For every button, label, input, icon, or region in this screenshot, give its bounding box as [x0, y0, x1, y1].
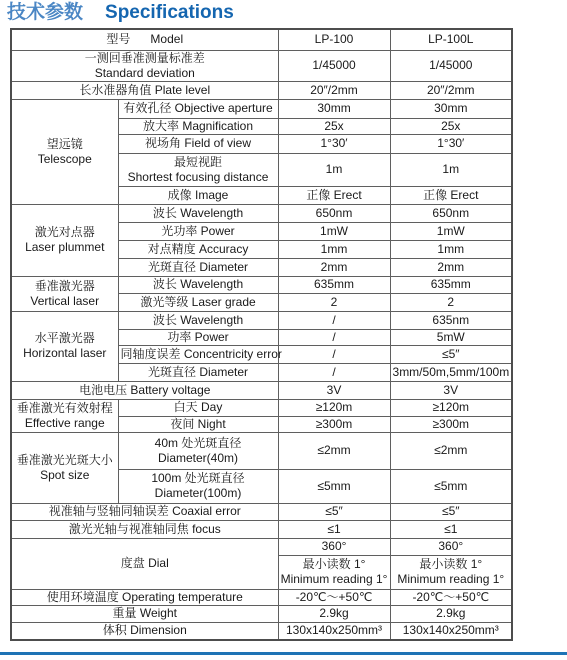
table-row: 一测回垂准测量标准差 Standard deviation 1/45000 1/… — [11, 50, 512, 81]
label-plate-level: 长水准器角值 Plate level — [11, 81, 278, 99]
value-cell: 正像 Erect — [278, 186, 390, 204]
group-telescope: 望远镜 Telescope — [11, 99, 118, 204]
value-cell: / — [278, 329, 390, 345]
group-effective-range-zh: 垂准激光有效射程 — [14, 401, 116, 416]
table-row: 重量 Weight 2.9kg 2.9kg — [11, 605, 512, 622]
value-cell: 650nm — [390, 204, 512, 222]
column-header-lp100: LP-100 — [278, 29, 390, 50]
bottom-blue-divider — [0, 652, 567, 655]
label-spot-40m-en: Diameter(40m) — [121, 451, 276, 466]
group-spot-size-en: Spot size — [14, 468, 116, 483]
value-cell: 5mW — [390, 329, 512, 345]
value-cell: / — [278, 311, 390, 329]
value-cell: ≤5mm — [278, 469, 390, 503]
label-spot-40m: 40m 处光斑直径 Diameter(40m) — [118, 432, 278, 469]
group-horizontal-laser-en: Horizontal laser — [14, 346, 116, 361]
label-hl-power: 功率 Power — [118, 329, 278, 345]
value-cell: -20℃～+50℃ — [390, 589, 512, 605]
page-title-en: Specifications — [105, 1, 234, 25]
label-weight: 重量 Weight — [11, 605, 278, 622]
value-cell: 130x140x250mm³ — [278, 622, 390, 640]
value-cell: 635nm — [390, 311, 512, 329]
label-shortest-focusing-zh: 最短视距 — [121, 155, 276, 170]
label-std-dev-en: Standard deviation — [14, 66, 276, 81]
label-std-dev-zh: 一测回垂准测量标准差 — [14, 51, 276, 66]
column-header-lp100l: LP-100L — [390, 29, 512, 50]
model-label-en: Model — [150, 32, 183, 47]
value-cell: 650nm — [278, 204, 390, 222]
value-cell: 正像 Erect — [390, 186, 512, 204]
value-cell: 2.9kg — [278, 605, 390, 622]
page-title: 技术参数 Specifications — [7, 1, 234, 25]
label-spot-100m: 100m 处光斑直径 Diameter(100m) — [118, 469, 278, 503]
value-dial-min-en: Minimum reading 1° — [281, 572, 388, 587]
table-row: 视准轴与竖轴同轴误差 Coaxial error ≤5″ ≤5″ — [11, 503, 512, 520]
group-laser-plummet-en: Laser plummet — [14, 240, 116, 255]
value-cell: ≥300m — [278, 416, 390, 432]
table-row: 体积 Dimension 130x140x250mm³ 130x140x250m… — [11, 622, 512, 640]
table-row: 望远镜 Telescope 有效孔径 Objective aperture 30… — [11, 99, 512, 118]
label-magnification: 放大率 Magnification — [118, 118, 278, 134]
table-row: 激光光轴与视准轴同焦 focus ≤1 ≤1 — [11, 520, 512, 538]
value-cell: 2mm — [278, 258, 390, 276]
value-dial-min-reading: 最小读数 1° Minimum reading 1° — [278, 555, 390, 589]
label-lp-accuracy: 对点精度 Accuracy — [118, 240, 278, 258]
label-std-dev: 一测回垂准测量标准差 Standard deviation — [11, 50, 278, 81]
group-vertical-laser-zh: 垂准激光器 — [14, 279, 116, 294]
value-cell: 20″/2mm — [390, 81, 512, 99]
value-cell: 2 — [278, 293, 390, 311]
label-hl-diameter: 光斑直径 Diameter — [118, 363, 278, 381]
group-laser-plummet: 激光对点器 Laser plummet — [11, 204, 118, 276]
label-spot-100m-en: Diameter(100m) — [121, 486, 276, 501]
table-row: 垂准激光光斑大小 Spot size 40m 处光斑直径 Diameter(40… — [11, 432, 512, 469]
value-cell: ≥120m — [390, 399, 512, 416]
value-cell: 2.9kg — [390, 605, 512, 622]
label-focus: 激光光轴与视准轴同焦 focus — [11, 520, 278, 538]
label-hl-wavelength: 波长 Wavelength — [118, 311, 278, 329]
group-spot-size-zh: 垂准激光光斑大小 — [14, 453, 116, 468]
value-cell: ≤1 — [390, 520, 512, 538]
group-telescope-zh: 望远镜 — [14, 137, 116, 152]
value-cell: 3mm/50m,5mm/100m — [390, 363, 512, 381]
value-cell: 1mW — [390, 222, 512, 240]
label-vl-grade: 激光等级 Laser grade — [118, 293, 278, 311]
table-row: 垂准激光器 Vertical laser 波长 Wavelength 635mm… — [11, 276, 512, 293]
group-effective-range: 垂准激光有效射程 Effective range — [11, 399, 118, 432]
value-cell: 3V — [390, 381, 512, 399]
page-title-zh: 技术参数 — [7, 1, 83, 25]
label-lp-power: 光功率 Power — [118, 222, 278, 240]
value-cell: -20℃～+50℃ — [278, 589, 390, 605]
table-row: 激光对点器 Laser plummet 波长 Wavelength 650nm … — [11, 204, 512, 222]
value-cell: 2 — [390, 293, 512, 311]
group-horizontal-laser-zh: 水平激光器 — [14, 331, 116, 346]
value-cell: 30mm — [390, 99, 512, 118]
table-row: 型号 Model LP-100 LP-100L — [11, 29, 512, 50]
value-cell: 635mm — [278, 276, 390, 293]
value-cell: ≤5mm — [390, 469, 512, 503]
label-dimension: 体积 Dimension — [11, 622, 278, 640]
value-cell: 1/45000 — [278, 50, 390, 81]
label-shortest-focusing: 最短视距 Shortest focusing distance — [118, 153, 278, 186]
value-cell: 1mm — [278, 240, 390, 258]
value-cell: 1mm — [390, 240, 512, 258]
value-cell: / — [278, 345, 390, 363]
value-cell: ≤2mm — [390, 432, 512, 469]
label-lp-diameter: 光斑直径 Diameter — [118, 258, 278, 276]
value-cell: ≤5″ — [390, 503, 512, 520]
table-row: 使用环境温度 Operating temperature -20℃～+50℃ -… — [11, 589, 512, 605]
table-row: 水平激光器 Horizontal laser 波长 Wavelength / 6… — [11, 311, 512, 329]
value-cell: ≥300m — [390, 416, 512, 432]
value-cell: 3V — [278, 381, 390, 399]
value-cell: ≤5″ — [390, 345, 512, 363]
value-cell: 635mm — [390, 276, 512, 293]
label-lp-wavelength: 波长 Wavelength — [118, 204, 278, 222]
table-row: 电池电压 Battery voltage 3V 3V — [11, 381, 512, 399]
label-coaxial: 视准轴与竖轴同轴误差 Coaxial error — [11, 503, 278, 520]
value-cell: 1m — [278, 153, 390, 186]
table-row: 长水准器角值 Plate level 20″/2mm 20″/2mm — [11, 81, 512, 99]
value-cell: ≤1 — [278, 520, 390, 538]
value-cell: 20″/2mm — [278, 81, 390, 99]
value-cell: 1/45000 — [390, 50, 512, 81]
label-range-day: 白天 Day — [118, 399, 278, 416]
value-cell: 30mm — [278, 99, 390, 118]
value-dial-min-reading: 最小读数 1° Minimum reading 1° — [390, 555, 512, 589]
group-telescope-en: Telescope — [14, 152, 116, 167]
value-cell: / — [278, 363, 390, 381]
specifications-table: 型号 Model LP-100 LP-100L 一测回垂准测量标准差 Stand… — [10, 28, 513, 641]
label-temperature: 使用环境温度 Operating temperature — [11, 589, 278, 605]
label-dial: 度盘 Dial — [11, 538, 278, 589]
value-dial-min-zh: 最小读数 1° — [393, 557, 510, 572]
value-cell: 25x — [390, 118, 512, 134]
value-cell: 25x — [278, 118, 390, 134]
label-range-night: 夜间 Night — [118, 416, 278, 432]
value-dial-min-zh: 最小读数 1° — [281, 557, 388, 572]
value-cell: 1°30′ — [278, 134, 390, 153]
group-vertical-laser-en: Vertical laser — [14, 294, 116, 309]
label-spot-100m-zh: 100m 处光斑直径 — [121, 471, 276, 486]
label-vl-wavelength: 波长 Wavelength — [118, 276, 278, 293]
label-shortest-focusing-en: Shortest focusing distance — [121, 170, 276, 185]
value-cell: ≤2mm — [278, 432, 390, 469]
label-objective-aperture: 有效孔径 Objective aperture — [118, 99, 278, 118]
label-image: 成像 Image — [118, 186, 278, 204]
model-header-cell: 型号 Model — [11, 29, 278, 50]
table-row: 垂准激光有效射程 Effective range 白天 Day ≥120m ≥1… — [11, 399, 512, 416]
value-dial-min-en: Minimum reading 1° — [393, 572, 510, 587]
table-row: 度盘 Dial 360° 360° — [11, 538, 512, 555]
group-vertical-laser: 垂准激光器 Vertical laser — [11, 276, 118, 311]
label-spot-40m-zh: 40m 处光斑直径 — [121, 436, 276, 451]
value-cell: 360° — [390, 538, 512, 555]
value-cell: 1°30′ — [390, 134, 512, 153]
value-cell: 1m — [390, 153, 512, 186]
group-horizontal-laser: 水平激光器 Horizontal laser — [11, 311, 118, 381]
label-battery: 电池电压 Battery voltage — [11, 381, 278, 399]
value-cell: 1mW — [278, 222, 390, 240]
value-cell: 2mm — [390, 258, 512, 276]
group-spot-size: 垂准激光光斑大小 Spot size — [11, 432, 118, 503]
value-cell: 360° — [278, 538, 390, 555]
group-laser-plummet-zh: 激光对点器 — [14, 225, 116, 240]
model-label-zh: 型号 — [106, 32, 130, 47]
value-cell: ≤5″ — [278, 503, 390, 520]
value-cell: 130x140x250mm³ — [390, 622, 512, 640]
label-hl-concentricity: 同轴度误差 Concentricity error — [118, 345, 278, 363]
label-field-of-view: 视场角 Field of view — [118, 134, 278, 153]
value-cell: ≥120m — [278, 399, 390, 416]
group-effective-range-en: Effective range — [14, 416, 116, 431]
